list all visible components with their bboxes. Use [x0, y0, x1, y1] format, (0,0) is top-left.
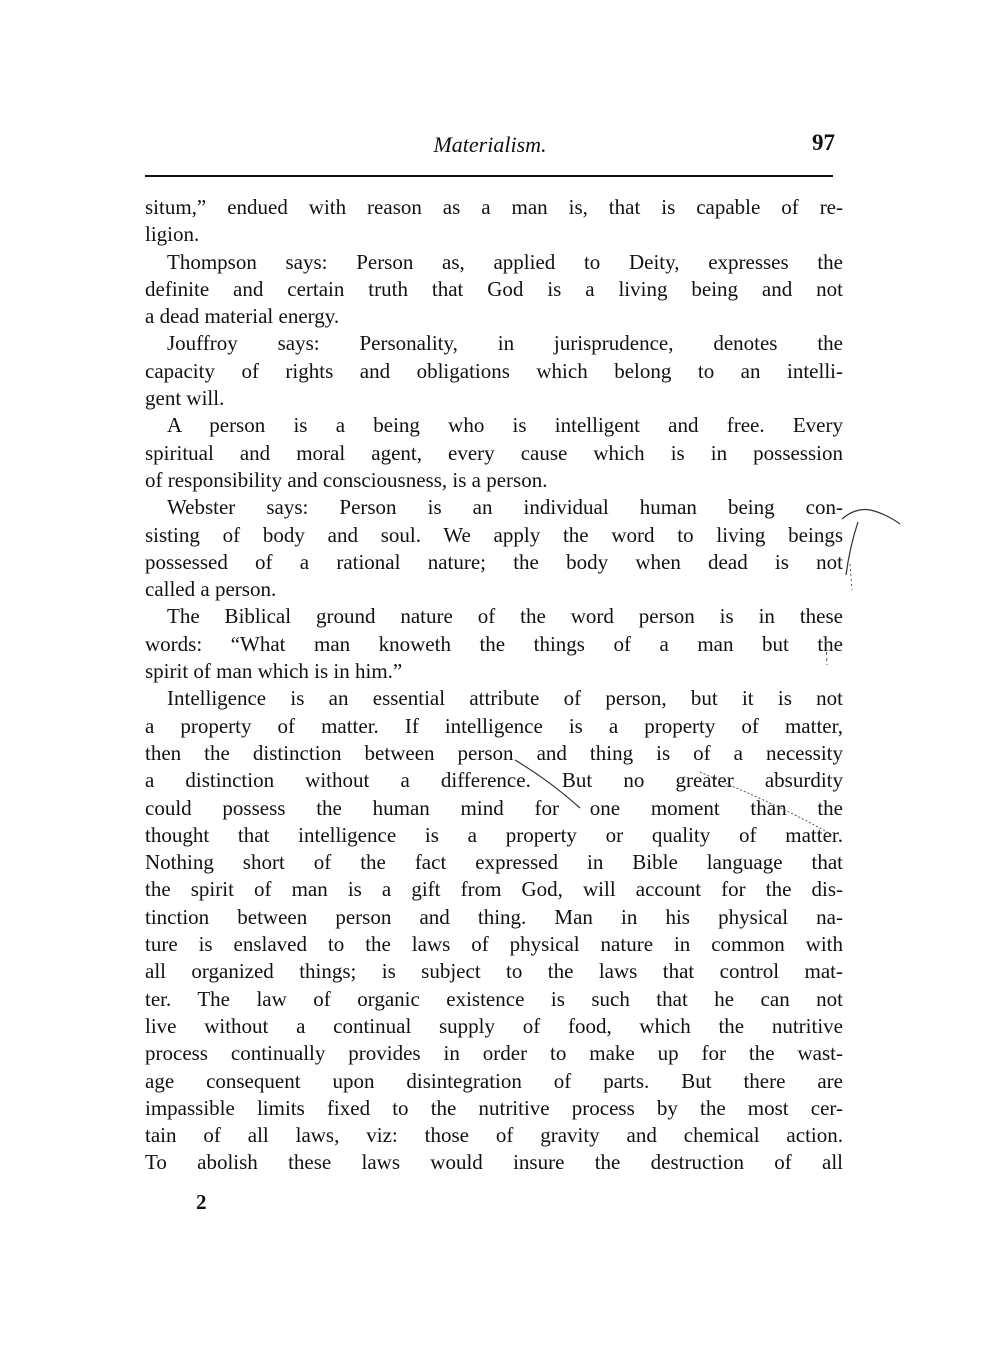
book-page: Materialism. 97 situm,” endued with reas… — [0, 0, 1000, 1371]
text-line: Thompson says: Person as, applied to Dei… — [145, 249, 843, 276]
text-line: definite and certain truth that God is a… — [145, 276, 843, 303]
text-line: Webster says: Person is an individual hu… — [145, 494, 843, 521]
text-line: the spirit of man is a gift from God, wi… — [145, 876, 843, 903]
text-line: a property of matter. If intelligence is… — [145, 713, 843, 740]
text-line: gent will. — [145, 385, 843, 412]
text-line: spirit of man which is in him.” — [145, 658, 843, 685]
text-line: words: “What man knoweth the things of a… — [145, 631, 843, 658]
text-line: Jouffroy says: Personality, in jurisprud… — [145, 330, 843, 357]
running-title: Materialism. — [145, 132, 835, 158]
text-line: impassible limits fixed to the nutritive… — [145, 1095, 843, 1122]
text-line: a dead material energy. — [145, 303, 843, 330]
text-line: all organized things; is subject to the … — [145, 958, 843, 985]
text-line: age consequent upon disintegration of pa… — [145, 1068, 843, 1095]
text-line: To abolish these laws would insure the d… — [145, 1149, 843, 1176]
text-line: spiritual and moral agent, every cause w… — [145, 440, 843, 467]
text-line: The Biblical ground nature of the word p… — [145, 603, 843, 630]
text-line: A person is a being who is intelligent a… — [145, 412, 843, 439]
text-line: situm,” endued with reason as a man is, … — [145, 194, 843, 221]
text-line: ture is enslaved to the laws of physical… — [145, 931, 843, 958]
text-line: ligion. — [145, 221, 843, 248]
text-line: live without a continual supply of food,… — [145, 1013, 843, 1040]
text-line: possessed of a rational nature; the body… — [145, 549, 843, 576]
text-line: Intelligence is an essential attribute o… — [145, 685, 843, 712]
body-text: situm,” endued with reason as a man is, … — [145, 194, 843, 1177]
text-line: of responsibility and consciousness, is … — [145, 467, 843, 494]
page-number: 97 — [812, 130, 835, 156]
running-head: Materialism. 97 — [145, 128, 835, 162]
text-line: tinction between person and thing. Man i… — [145, 904, 843, 931]
text-line: then the distinction between person and … — [145, 740, 843, 767]
text-line: could possess the human mind for one mom… — [145, 795, 843, 822]
text-line: capacity of rights and obligations which… — [145, 358, 843, 385]
signature-mark: 2 — [196, 1190, 207, 1215]
text-line: Nothing short of the fact expressed in B… — [145, 849, 843, 876]
text-line: tain of all laws, viz: those of gravity … — [145, 1122, 843, 1149]
text-line: called a person. — [145, 576, 843, 603]
header-rule — [145, 175, 833, 177]
text-line: thought that intelligence is a property … — [145, 822, 843, 849]
text-line: sisting of body and soul. We apply the w… — [145, 522, 843, 549]
text-line: process continually provides in order to… — [145, 1040, 843, 1067]
text-line: a distinction without a difference. But … — [145, 767, 843, 794]
text-line: ter. The law of organic existence is suc… — [145, 986, 843, 1013]
